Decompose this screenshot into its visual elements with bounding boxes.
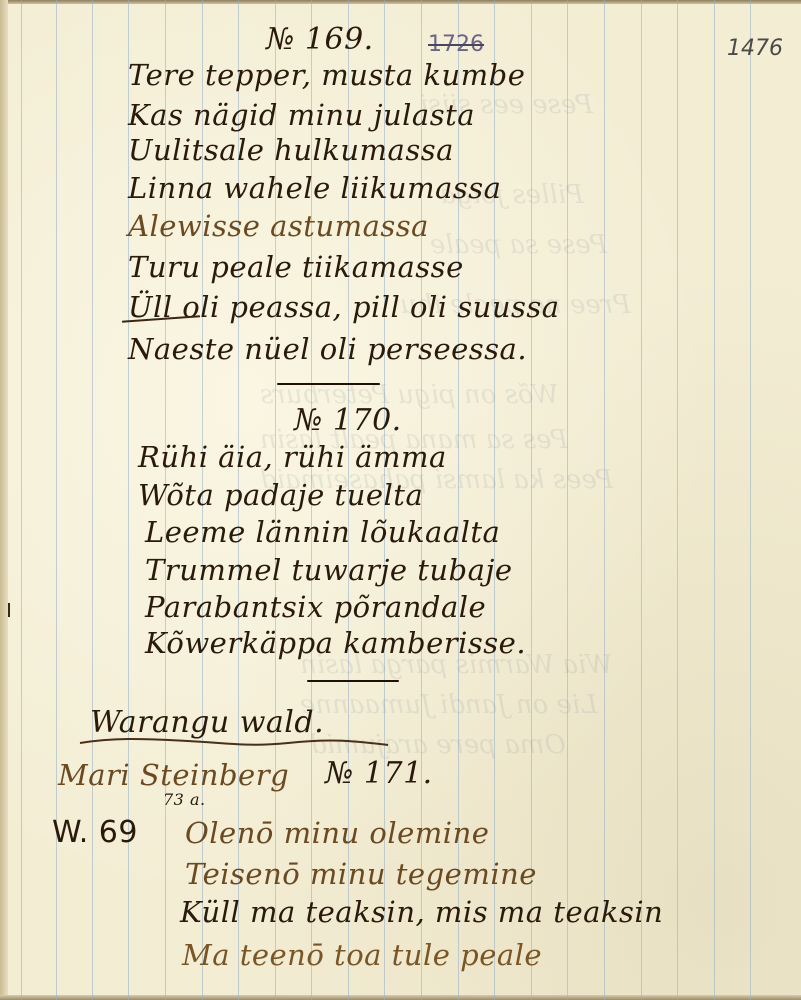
ruled-line <box>494 0 495 1000</box>
section-divider <box>277 383 380 385</box>
page-edge-top <box>0 0 801 4</box>
ruled-line <box>92 0 93 1000</box>
ruled-line <box>677 0 678 1000</box>
song-number-170: № 170. <box>294 403 402 438</box>
verse-line: Tere tepper, musta kumbe <box>128 58 525 92</box>
manuscript-page: Pese ees siisi Pilles jolga Pese sa peal… <box>0 0 801 1000</box>
verse-line: Wõta padaje tuelta <box>138 478 423 512</box>
song-number-171: № 171. <box>325 756 433 791</box>
ruled-line <box>604 0 605 1000</box>
page-edge-left <box>0 0 8 1000</box>
verse-line: Trummel tuwarje tubaje <box>145 553 513 587</box>
verse-line: Rühi äia, rühi ämma <box>138 440 447 474</box>
ruled-line <box>750 0 751 1000</box>
informant-age: 73 a. <box>163 790 206 809</box>
page-edge-bottom <box>0 995 801 1000</box>
verse-line: Kõwerkäppa kamberisse. <box>145 626 526 660</box>
struck-stamp-number: 1726 <box>428 32 484 57</box>
verse-line: Linna wahele liikumassa <box>128 171 501 205</box>
ruled-line <box>56 0 57 1000</box>
margin-mark <box>8 603 10 617</box>
ruled-line <box>531 0 532 1000</box>
ruled-line <box>458 0 459 1000</box>
verse-line: Turu peale tiikamasse <box>128 250 464 284</box>
verse-line: Uulitsale hulkumassa <box>128 133 454 167</box>
bleed-through-text: Lie on Jandi Jumaanne <box>300 690 598 720</box>
margin-reference: W. 69 <box>52 815 138 850</box>
song-number-169: № 169. <box>266 22 374 57</box>
verse-line: Küll ma teaksin, mis ma teaksin <box>180 895 663 929</box>
verse-line: Naeste nüel oli perseessa. <box>128 332 527 366</box>
verse-line: Üll oli peassa, pill oli suussa <box>128 290 560 324</box>
parish-title-underline <box>78 735 390 749</box>
informant-name: Mari Steinberg <box>58 758 289 792</box>
verse-line: Alewisse astumassa <box>128 209 429 243</box>
pencil-page-number: 1476 <box>727 36 783 61</box>
ruled-line <box>567 0 568 1000</box>
section-divider <box>307 680 399 682</box>
ruled-line <box>641 0 642 1000</box>
verse-line: Kas nägid minu julasta <box>128 98 475 132</box>
verse-line: Parabantsix põrandale <box>145 590 486 624</box>
verse-line: Leeme lännin lõukaalta <box>145 515 500 549</box>
ruled-line <box>714 0 715 1000</box>
ruled-line <box>21 0 22 1000</box>
verse-line: Ma teenō toa tule peale <box>182 938 542 972</box>
verse-line: Teisenō minu tegemine <box>185 857 537 891</box>
verse-line: Olenō minu olemine <box>185 816 489 850</box>
